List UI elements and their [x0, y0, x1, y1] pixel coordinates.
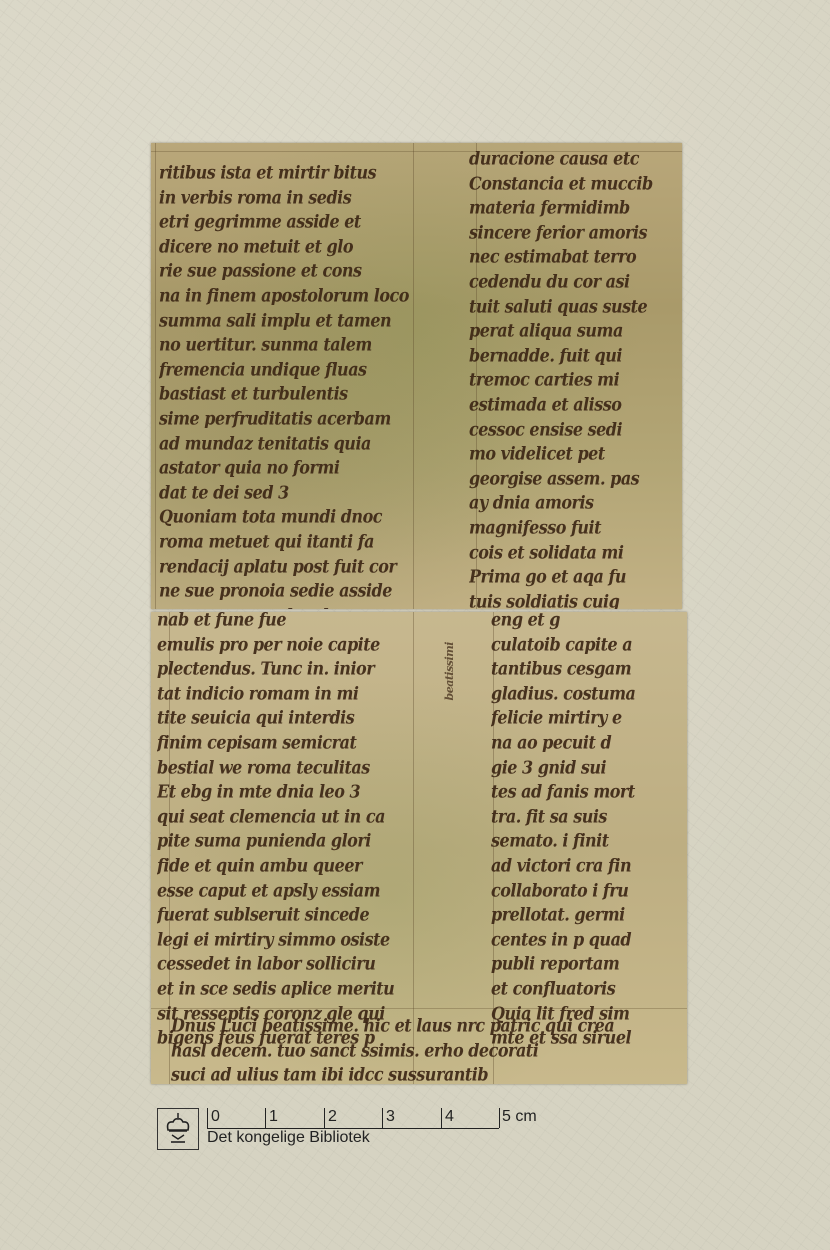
script-line: pite suma punienda glori — [157, 828, 423, 855]
scale-end-label: 5 cm — [502, 1108, 537, 1126]
script-line: cedendu du cor asi — [469, 269, 681, 296]
script-line: mo videlicet pet — [469, 441, 681, 468]
script-line: bestial we roma teculitas — [157, 754, 423, 781]
text-column-left: nab et fune fue emulis pro per noie capi… — [157, 612, 423, 1051]
script-line: dicere no metuit et glo — [159, 234, 417, 261]
script-line: tra. fit sa suis — [491, 804, 687, 831]
script-line: magnifesso fuit — [469, 515, 681, 542]
script-line: bernadde. fuit qui — [469, 343, 681, 370]
text-column-right: duracione causa etc Constancia et muccib… — [469, 147, 681, 609]
script-line: ad mundaz tenitatis quia — [159, 430, 417, 457]
script-line: tes ad fanis mort — [491, 779, 687, 806]
script-line: finim cepisam semicrat — [157, 730, 423, 757]
script-line: na ao pecuit d — [491, 730, 687, 757]
script-line: legi ei mirtiry simmo osiste — [157, 926, 423, 953]
ruler-tick-end — [499, 1108, 500, 1128]
script-line: materia fermidimb — [469, 195, 681, 222]
centimeter-ruler: 0 1 2 3 4 — [207, 1108, 499, 1129]
script-line: eng et g — [491, 612, 687, 634]
script-line: Dnus Luci beatissime. hic et laus nrc pa… — [171, 1013, 687, 1040]
footer-text-block: Dnus Luci beatissime. hic et laus nrc pa… — [171, 1014, 687, 1084]
ruler-tick: 3 — [382, 1108, 383, 1128]
script-line: ritibus ista et mirtir bitus — [159, 160, 417, 187]
script-line: tremoc carties mi — [469, 367, 681, 394]
ruling-line — [155, 143, 156, 609]
script-line: bastiast et turbulentis — [159, 381, 417, 408]
script-line: et confluatoris — [491, 976, 687, 1003]
script-line: astator quia no formi — [159, 455, 417, 482]
script-line: cessedet in labor solliciru — [157, 951, 423, 978]
script-line-with-initial: Et ebg in mte dnia leo 3 — [157, 779, 423, 806]
script-line: perat aliqua suma — [469, 318, 681, 345]
script-line: georgise assem. pas — [469, 465, 681, 492]
script-line: dat te dei sed 3 — [159, 479, 417, 506]
script-line-with-initial: Quoniam tota mundi dnoc — [159, 504, 417, 531]
script-line: plectendus. Tunc in. inior — [157, 656, 423, 683]
script-line: etri gegrimme asside et — [159, 209, 417, 236]
script-line: culatoib capite a — [491, 631, 687, 658]
script-line: duracione causa etc — [469, 146, 681, 173]
text-column-left: ritibus ista et mirtir bitus in verbis r… — [159, 161, 417, 609]
script-line: sime perfruditatis acerbam — [159, 406, 417, 433]
crown-icon — [164, 1112, 192, 1146]
ruler-tick: 1 — [265, 1108, 266, 1128]
script-line: gie 3 gnid sui — [491, 754, 687, 781]
library-logo — [157, 1108, 199, 1150]
script-line: estimada et alisso — [469, 392, 681, 419]
script-line: fremencia undique fluas — [159, 357, 417, 384]
ruler-tick: 0 — [207, 1108, 208, 1128]
script-line: rie sue passione et cons — [159, 258, 417, 285]
ruler-tick: 2 — [324, 1108, 325, 1128]
script-line: gladius. costuma — [491, 681, 687, 708]
institution-name: Det kongelige Bibliotek — [207, 1129, 370, 1147]
script-line: tite seuicia qui interdis — [157, 705, 423, 732]
script-line: fide et quin ambu queer — [157, 853, 423, 880]
script-line: roma metuet qui itanti fa — [159, 529, 417, 556]
script-line: ay dnia amoris — [469, 490, 681, 517]
script-line: qui seat clemencia ut in ca — [157, 804, 423, 831]
margin-note: beatissimi — [443, 642, 463, 700]
manuscript-fragment-bottom: nab et fune fue emulis pro per noie capi… — [151, 612, 687, 1084]
script-line: in verbis roma in sedis — [159, 184, 417, 211]
script-line: publi reportam — [491, 951, 687, 978]
script-line: emulis pro per noie capite — [157, 631, 423, 658]
script-line: summa sali implu et tamen — [159, 307, 417, 334]
script-line: sincere ferior amoris — [469, 220, 681, 247]
script-line: tuis soldiatis cuig — [469, 588, 681, 609]
script-line: esse caput et apsly essiam — [157, 877, 423, 904]
ruler-tick: 4 — [441, 1108, 442, 1128]
script-line: hasl decem. tuo sanct ssimis. erho decor… — [171, 1037, 687, 1064]
script-line: nab et fune fue — [157, 612, 423, 634]
script-line: ne sue pronoia sedie asside — [159, 578, 417, 605]
script-line: tat indicio romam in mi — [157, 681, 423, 708]
script-line-with-initial: Constancia et muccib — [469, 170, 681, 197]
script-line-with-initial: Prima go et aqa fu — [469, 564, 681, 591]
script-line: et in sce sedis aplice meritu — [157, 976, 423, 1003]
script-line: tantibus cesgam — [491, 656, 687, 683]
script-line: na in finem apostolorum loco — [159, 283, 417, 310]
script-line: cessoc ensise sedi — [469, 416, 681, 443]
script-line: collaborato i fru — [491, 877, 687, 904]
text-column-right: eng et g culatoib capite a tantibus cesg… — [491, 612, 687, 1051]
script-line: centes in p quad — [491, 926, 687, 953]
script-line: ad victori cra fin — [491, 853, 687, 880]
script-line: fuerat sublseruit sincede — [157, 902, 423, 929]
script-line: felicie mirtiry e — [491, 705, 687, 732]
script-line: nec estimabat terro — [469, 244, 681, 271]
script-line: semato. i finit — [491, 828, 687, 855]
script-line: cois et solidata mi — [469, 539, 681, 566]
script-line: tuit saluti quas suste — [469, 293, 681, 320]
script-line: suci ad ulius tam ibi idcc sussurantib — [171, 1062, 687, 1084]
script-line: no uertitur. sunma talem — [159, 332, 417, 359]
script-line: nat et post modo ad que vo — [159, 602, 417, 609]
manuscript-fragment-top: ritibus ista et mirtir bitus in verbis r… — [151, 143, 682, 609]
script-line: rendacij aplatu post fuit cor — [159, 553, 417, 580]
script-line: prellotat. germi — [491, 902, 687, 929]
